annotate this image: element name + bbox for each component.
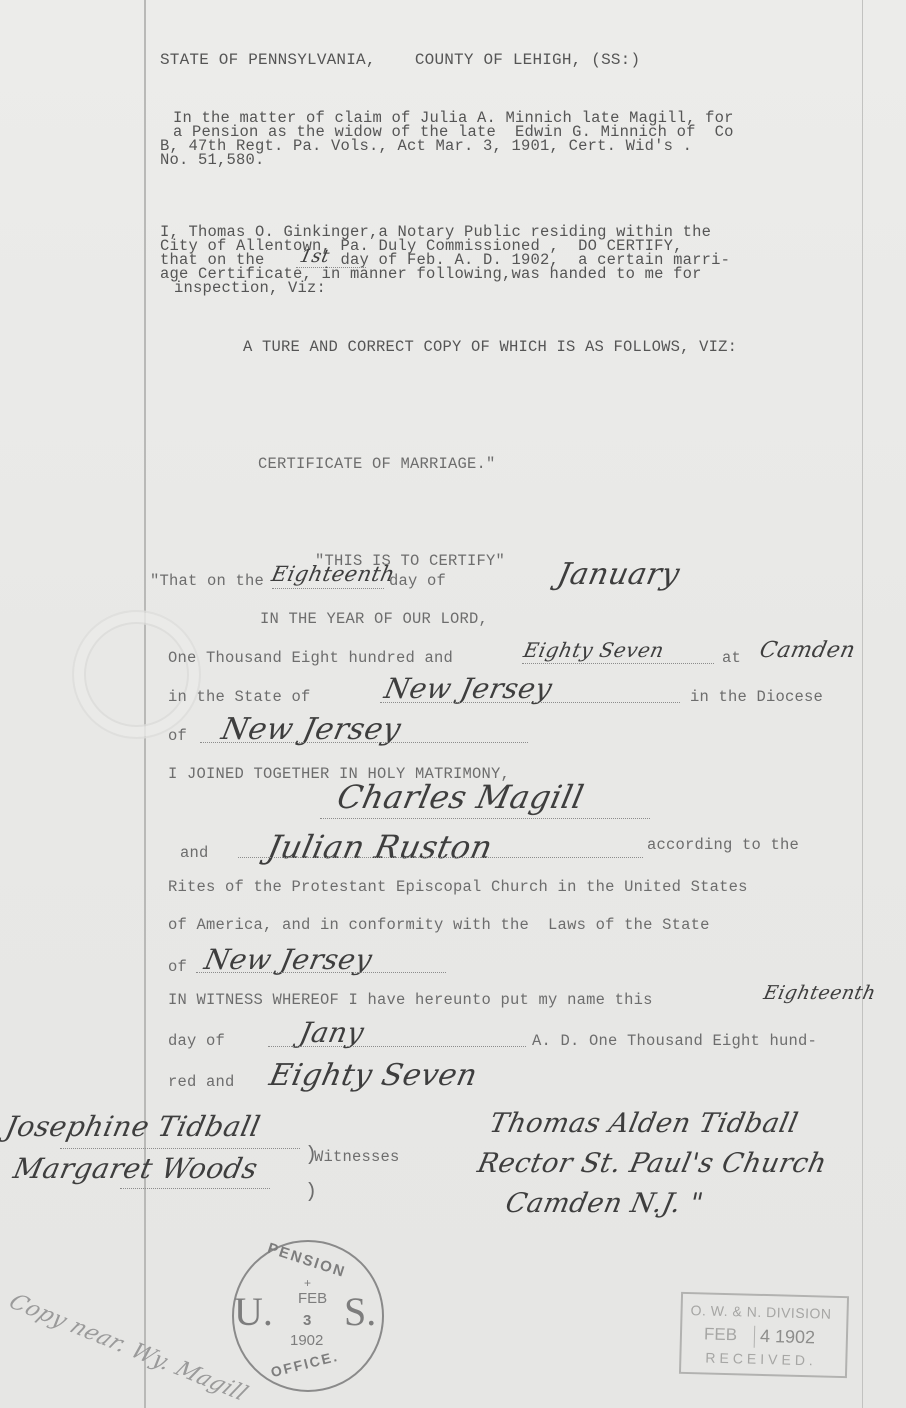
- witness-state-blank: [196, 972, 446, 973]
- cert-line14-prefix: red and: [168, 1075, 235, 1089]
- marriage-year-handwritten: Eighty Seven: [521, 638, 666, 662]
- stamp-left-letter: U.: [234, 1288, 273, 1335]
- copy-statement: A TURE AND CORRECT COPY OF WHICH IS AS F…: [243, 340, 737, 354]
- stamp-bottom-text: OFFICE.: [269, 1348, 340, 1380]
- cert-line9: Rites of the Protestant Episcopal Church…: [168, 880, 748, 894]
- stamp-top-text: PENSION: [265, 1240, 348, 1281]
- cert-line11-prefix: of: [168, 960, 187, 974]
- cert-line3-at: at: [722, 651, 741, 665]
- notary-day-handwritten: 1st: [298, 246, 332, 267]
- cert-line13-suffix: A. D. One Thousand Eight hund-: [532, 1034, 817, 1048]
- document-page: STATE OF PENNSYLVANIA, COUNTY OF LEHIGH,…: [0, 0, 906, 1408]
- marriage-year-blank: [522, 663, 714, 664]
- cert-line1-prefix: "That on the: [150, 574, 264, 588]
- cert-line2: IN THE YEAR OF OUR LORD,: [260, 612, 488, 626]
- signing-month-blank: [268, 1046, 526, 1047]
- marriage-state-blank: [380, 702, 680, 703]
- marriage-day-blank: [272, 588, 384, 589]
- division-received-stamp: O. W. & N. DIVISION FEB 4 1902 RECEIVED.: [679, 1292, 849, 1378]
- cert-line5-prefix: of: [168, 729, 187, 743]
- stamp-day: 3: [303, 1312, 311, 1329]
- embossed-seal-icon: [72, 610, 201, 739]
- stamp-right-letter: S.: [344, 1288, 376, 1335]
- stamp-month: FEB: [298, 1290, 327, 1307]
- stamp-year: 1902: [290, 1332, 323, 1349]
- cert-line12-prefix: IN WITNESS WHEREOF I have hereunto put m…: [168, 993, 653, 1007]
- bride-name-blank: [238, 857, 643, 858]
- notary-line-5: inspection, Viz:: [174, 281, 326, 295]
- division-received-label: RECEIVED.: [705, 1349, 817, 1368]
- pension-office-stamp: PENSION + U. FEB 3 1902 S. OFFICE.: [232, 1240, 384, 1392]
- marriage-place-handwritten: Camden: [757, 638, 857, 663]
- certificate-title: CERTIFICATE OF MARRIAGE.": [258, 457, 496, 471]
- cert-line4-prefix: in the State of: [168, 690, 311, 704]
- stamp-tick: +: [304, 1276, 311, 1290]
- officiant-signature: Thomas Alden Tidball: [487, 1108, 801, 1139]
- division-date: 4 1902: [760, 1326, 816, 1348]
- witnesses-label: Witnesses: [314, 1150, 400, 1164]
- cert-line4-suffix: in the Diocese: [690, 690, 823, 704]
- claim-line-4: No. 51,580.: [160, 153, 265, 167]
- division-month: FEB: [704, 1324, 738, 1345]
- officiant-location: Camden N.J. ": [503, 1188, 706, 1219]
- signing-day-handwritten: Eighteenth: [762, 982, 878, 1004]
- marriage-day-handwritten: Eighteenth: [269, 562, 397, 586]
- marriage-month-handwritten: January: [554, 557, 683, 592]
- cert-line1-mid: day of: [389, 574, 446, 588]
- cert-line8-prefix: and: [180, 846, 209, 860]
- cert-line8-suffix: according to the: [647, 838, 799, 852]
- signing-year-handwritten: Eighty Seven: [266, 1058, 480, 1093]
- cert-line3-prefix: One Thousand Eight hundred and: [168, 651, 453, 665]
- witness-2-signature: Margaret Woods: [10, 1152, 260, 1185]
- signing-month-handwritten: Jany: [296, 1016, 367, 1049]
- witness-1-signature: Josephine Tidball: [2, 1110, 263, 1143]
- witness-2-blank: [120, 1188, 270, 1189]
- groom-name-blank: [320, 818, 650, 819]
- witness-1-blank: [60, 1148, 300, 1149]
- jurisdiction-heading: STATE OF PENNSYLVANIA, COUNTY OF LEHIGH,…: [160, 53, 640, 67]
- cert-line13-prefix: day of: [168, 1034, 225, 1048]
- groom-name-handwritten: Charles Magill: [334, 778, 587, 816]
- diocese-blank: [200, 742, 528, 743]
- right-margin-rule: [862, 0, 863, 1408]
- division-separator: [754, 1326, 756, 1348]
- bride-name-handwritten: Julian Ruston: [264, 828, 496, 866]
- cert-line10: of America, and in conformity with the L…: [168, 918, 710, 932]
- marriage-state-handwritten: New Jersey: [381, 672, 555, 705]
- division-name: O. W. & N. DIVISION: [690, 1302, 831, 1322]
- officiant-title: Rector St. Paul's Church: [475, 1148, 830, 1179]
- margin-note-handwritten: Copy near. Wy. Magill: [4, 1290, 253, 1406]
- witness-brace-bottom: ): [305, 1183, 317, 1203]
